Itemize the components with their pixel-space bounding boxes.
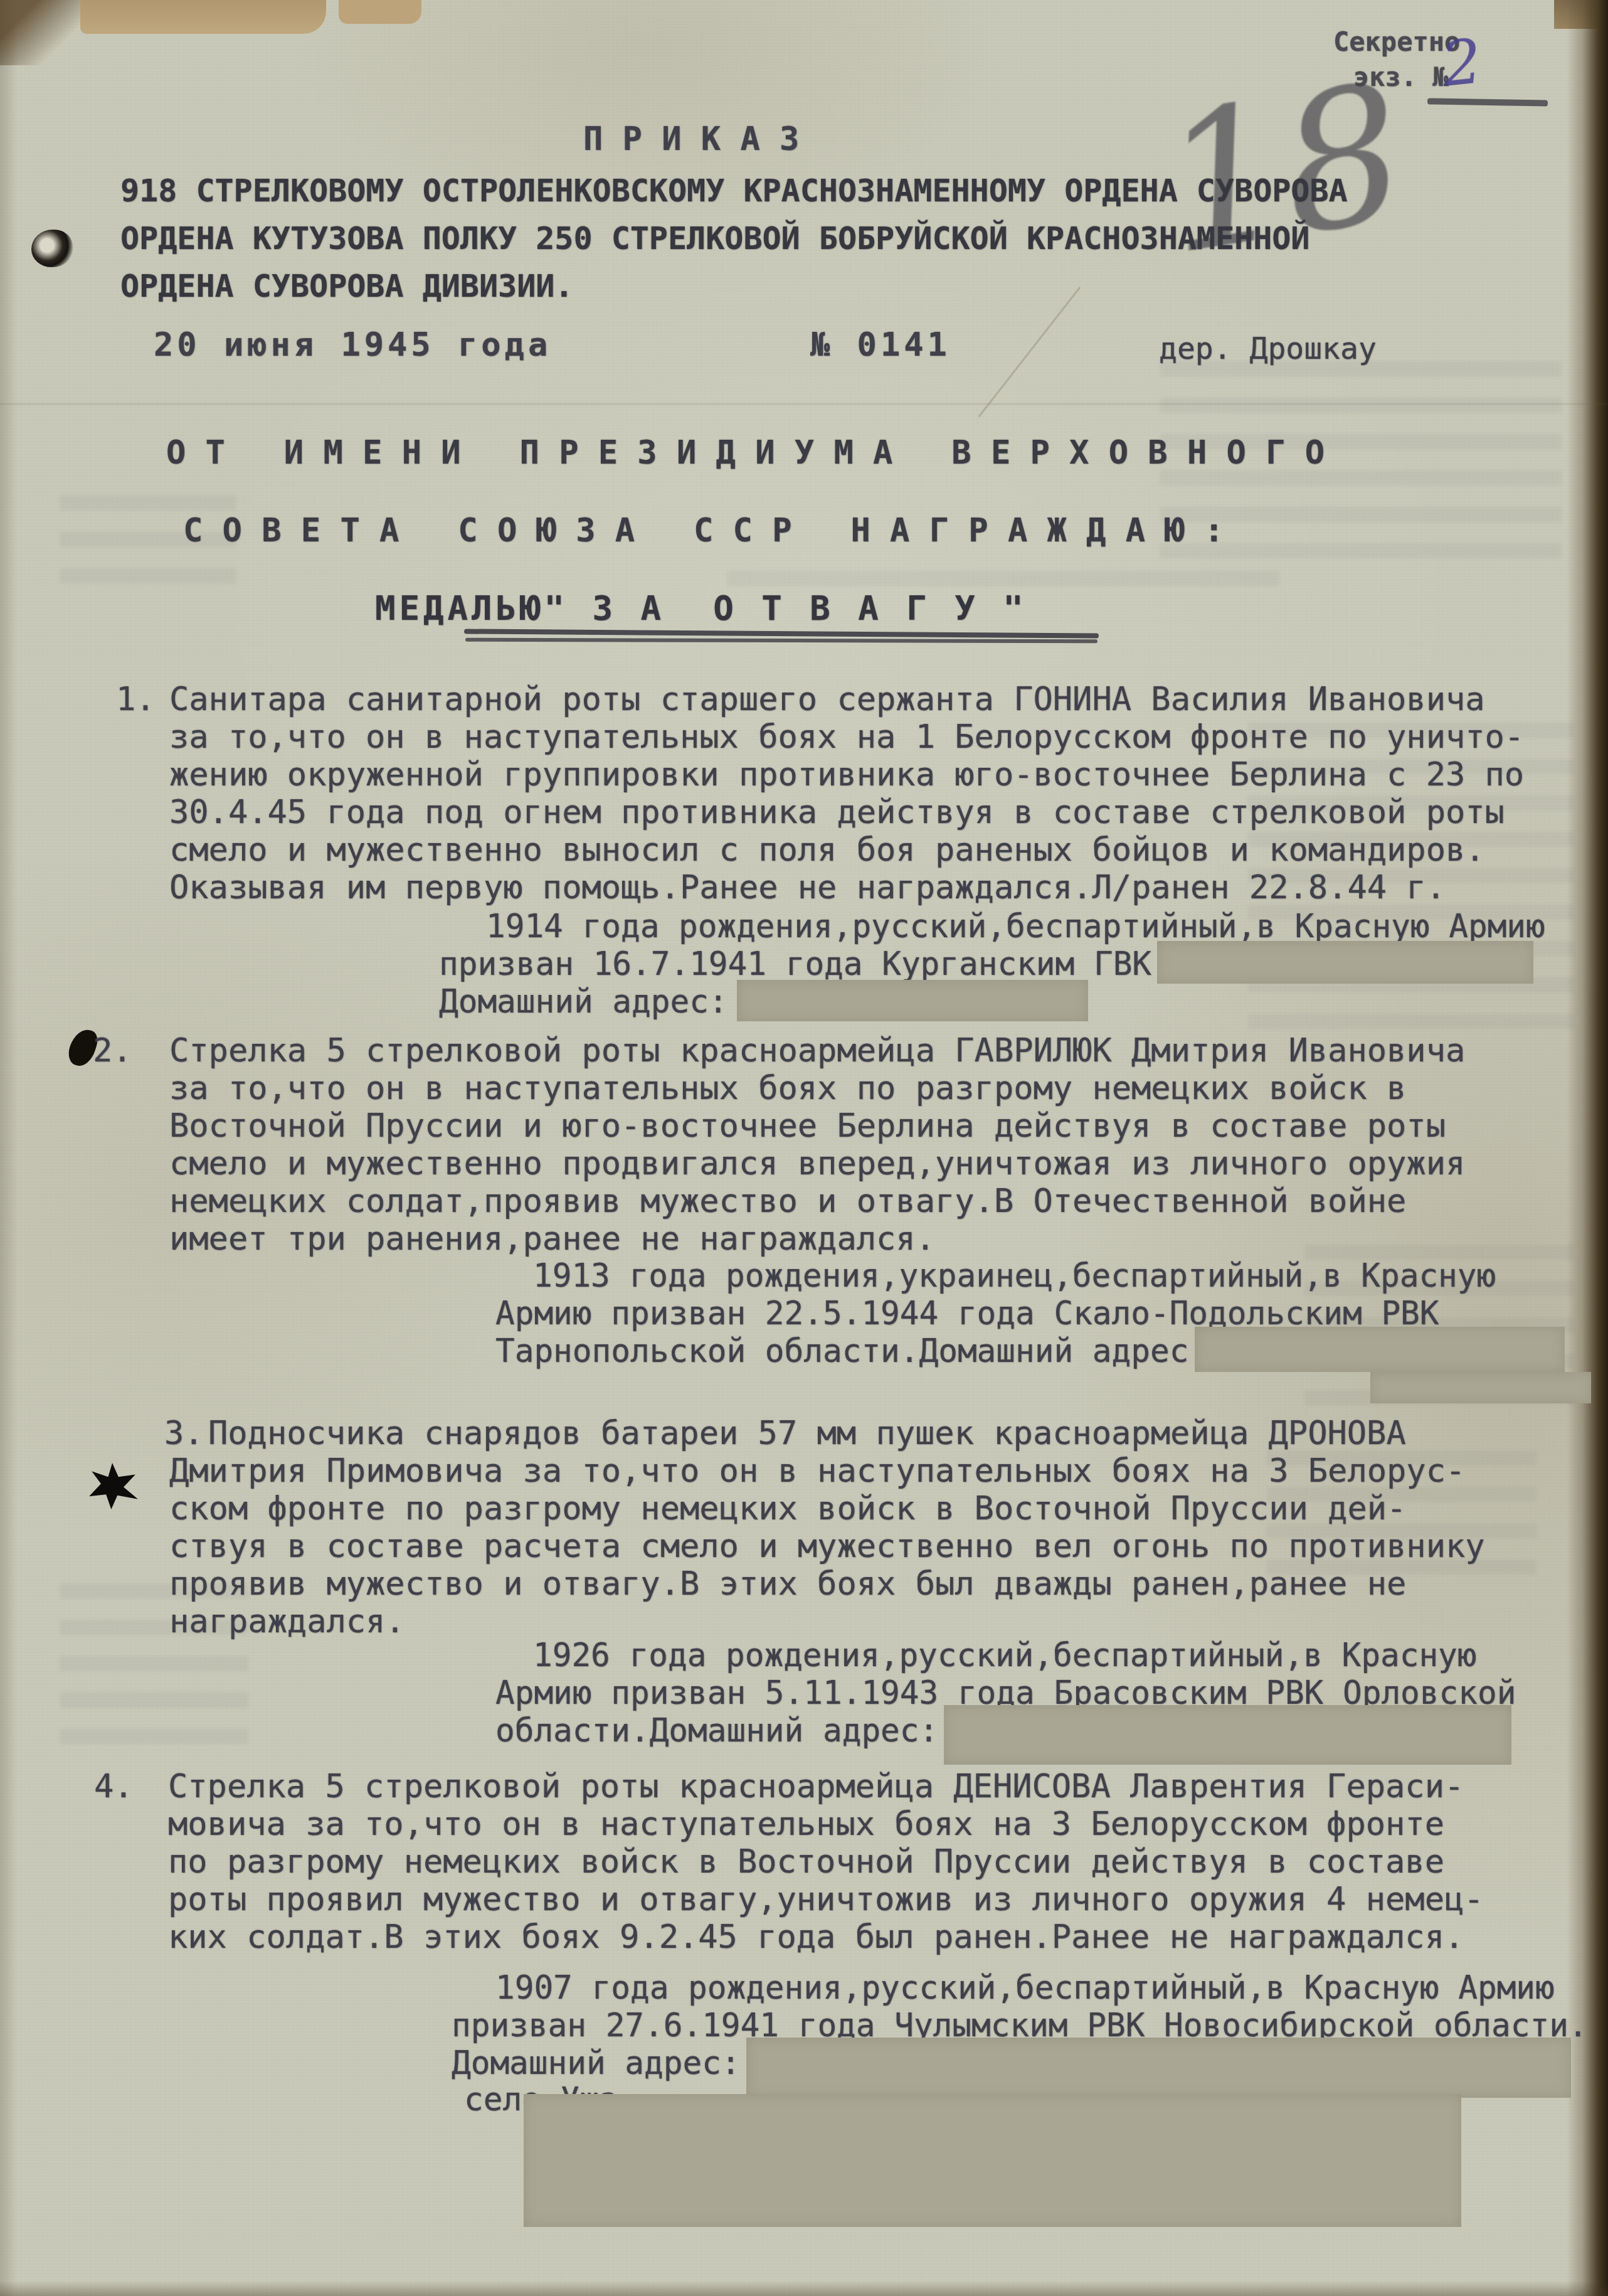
punch-hole bbox=[31, 230, 73, 267]
award-underline bbox=[465, 638, 1098, 644]
entry-bio-line: Тарнопольской области.Домашний адрес bbox=[495, 1333, 1188, 1371]
entry-bio-line: Домашний адрес: bbox=[439, 984, 728, 1021]
award-underline bbox=[464, 629, 1099, 638]
redaction-box bbox=[1370, 1372, 1591, 1403]
pencil-underline bbox=[1427, 98, 1548, 106]
ghost-bleedthrough bbox=[727, 551, 1279, 586]
handwritten-copy-number: 2 bbox=[1439, 26, 1485, 101]
entry-citation: Подносчика снарядов батареи 57 мм пушек … bbox=[169, 1415, 1549, 1640]
entry-bio-line: 1913 года рождения,украинец,беспартийный… bbox=[533, 1258, 1496, 1295]
entry-bio-line: 1914 года рождения,русский,беспартийный,… bbox=[486, 908, 1545, 946]
redaction-box bbox=[524, 2094, 1461, 2227]
torn-corner bbox=[339, 0, 421, 24]
order-date: 20 июня 1945 года bbox=[154, 326, 551, 364]
order-number: № 0141 bbox=[810, 326, 951, 364]
redaction-box bbox=[746, 2038, 1571, 2098]
document-title: П Р И К А З bbox=[583, 120, 799, 158]
entry-bio-line: 1926 года рождения,русский,беспартийный,… bbox=[533, 1637, 1477, 1675]
redaction-box bbox=[737, 980, 1088, 1021]
preamble-line: С О В Е Т А С О Ю З А С С Р Н А Г Р А Ж … bbox=[183, 512, 1224, 550]
preamble-line: О Т И М Е Н И П Р Е З И Д И У М А В Е Р … bbox=[166, 434, 1325, 472]
entry-bio-line: 1907 года рождения,русский,беспартийный,… bbox=[495, 1970, 1555, 2007]
award-title: МЕДАЛЬЮ" З А О Т В А Г У " bbox=[375, 588, 1027, 628]
entry-number: 4. bbox=[94, 1768, 134, 1805]
entry-citation: Стрелка 5 стрелковой роты красноармейца … bbox=[168, 1768, 1548, 1956]
page-edge-shadow bbox=[0, 2281, 1608, 2296]
redaction-box bbox=[1157, 941, 1533, 984]
ink-blot bbox=[87, 1463, 138, 1509]
entry-citation: Санитара санитарной роты старшего сержан… bbox=[169, 681, 1549, 906]
document-page: Секретно экз. № 2 18 П Р И К А З 918 СТР… bbox=[0, 0, 1608, 2296]
redaction-box bbox=[1195, 1327, 1565, 1372]
order-place: дер. Дрошкау bbox=[1159, 331, 1377, 366]
entry-number: 2. bbox=[93, 1032, 132, 1070]
entry-citation: Стрелка 5 стрелковой роты красноармейца … bbox=[169, 1032, 1549, 1258]
page-edge-shadow bbox=[0, 0, 18, 2296]
entry-bio-line: области.Домашний адрес: bbox=[495, 1713, 938, 1750]
torn-corner bbox=[80, 0, 326, 34]
addressee-lines: 918 СТРЕЛКОВОМУ ОСТРОЛЕНКОВСКОМУ КРАСНОЗ… bbox=[120, 167, 1525, 310]
entry-number: 1. bbox=[116, 681, 156, 718]
page-edge-shadow bbox=[1567, 0, 1608, 2296]
entry-bio-line: Домашний адрес: bbox=[452, 2045, 741, 2083]
redaction-box bbox=[944, 1705, 1511, 1765]
entry-bio-line: призван 16.7.1941 года Курганским ГВК bbox=[439, 946, 1151, 984]
